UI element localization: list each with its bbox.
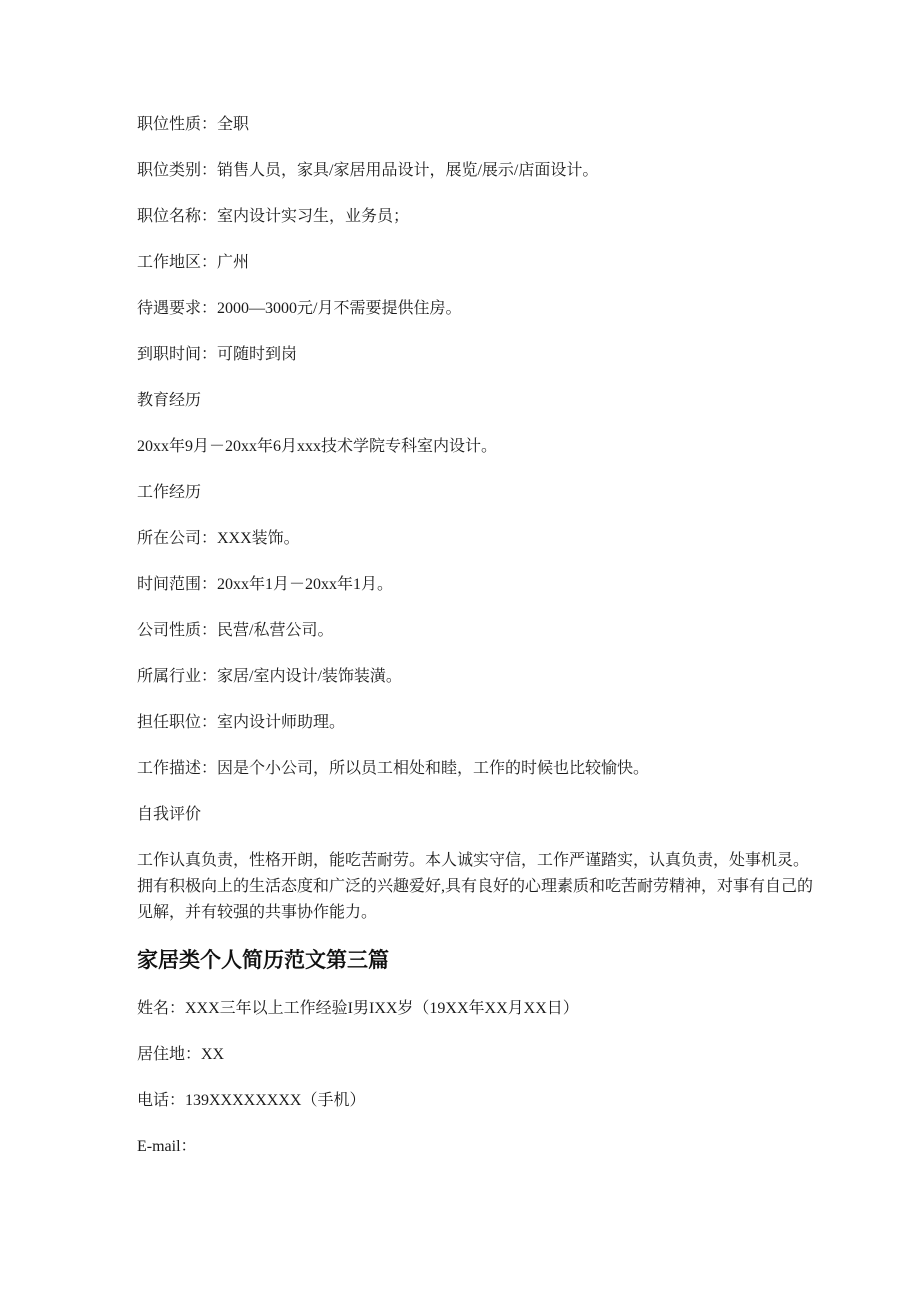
line-residence: 居住地：XX [137, 1042, 822, 1068]
line-name: 姓名：XXX三年以上工作经验I男IXX岁（19XX年XX月XX日） [137, 996, 822, 1022]
subheading-education: 教育经历 [137, 388, 822, 414]
para-self-evaluation: 工作认真负责，性格开朗，能吃苦耐劳。本人诚实守信，工作严谨踏实，认真负责，处事机… [137, 848, 822, 926]
line-job-category: 职位类别：销售人员，家具/家居用品设计，展览/展示/店面设计。 [137, 158, 822, 184]
line-company-type: 公司性质：民营/私营公司。 [137, 618, 822, 644]
subheading-work-exp: 工作经历 [137, 480, 822, 506]
line-job-description: 工作描述：因是个小公司，所以员工相处和睦，工作的时候也比较愉快。 [137, 756, 822, 782]
line-phone: 电话：139XXXXXXXX（手机） [137, 1088, 822, 1114]
line-start-time: 到职时间：可随时到岗 [137, 342, 822, 368]
line-work-area: 工作地区：广州 [137, 250, 822, 276]
subheading-self-eval: 自我评价 [137, 802, 822, 828]
line-time-range: 时间范围：20xx年1月－20xx年1月。 [137, 572, 822, 598]
line-email: E-mail： [137, 1134, 822, 1160]
section-heading: 家居类个人简历范文第三篇 [137, 946, 822, 976]
line-position-held: 担任职位：室内设计师助理。 [137, 710, 822, 736]
line-job-nature: 职位性质：全职 [137, 112, 822, 138]
line-education: 20xx年9月－20xx年6月xxx技术学院专科室内设计。 [137, 434, 822, 460]
line-company: 所在公司：XXX装饰。 [137, 526, 822, 552]
line-industry: 所属行业：家居/室内设计/装饰装潢。 [137, 664, 822, 690]
line-salary-request: 待遇要求：2000—3000元/月不需要提供住房。 [137, 296, 822, 322]
document-page: 职位性质：全职 职位类别：销售人员，家具/家居用品设计，展览/展示/店面设计。 … [0, 0, 920, 1301]
line-job-title: 职位名称：室内设计实习生，业务员； [137, 204, 822, 230]
